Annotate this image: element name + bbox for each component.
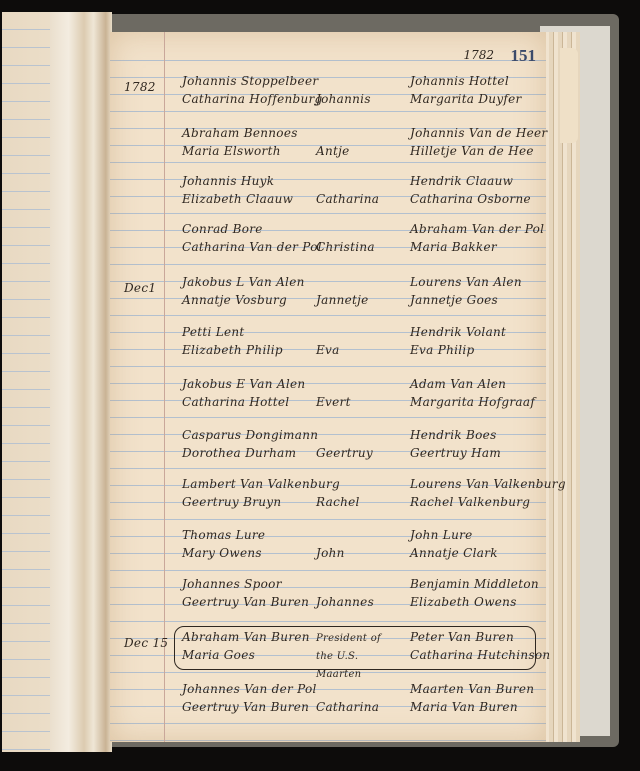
parent-mother: Catharina Hottel xyxy=(182,395,289,409)
sponsor-1: Hendrik Claauw xyxy=(410,174,513,188)
parent-mother: Elizabeth Philip xyxy=(182,343,283,357)
sponsor-1: Adam Van Alen xyxy=(410,377,506,391)
parent-mother: Geertruy Van Buren xyxy=(182,700,309,714)
sponsor-2: Maria Van Buren xyxy=(410,700,518,714)
sponsor-2: Hilletje Van de Hee xyxy=(410,144,534,158)
parent-father: Thomas Lure xyxy=(182,528,265,542)
child-name: Geertruy xyxy=(316,446,373,460)
parent-mother: Maria Elsworth xyxy=(182,144,281,158)
sponsor-2: Geertruy Ham xyxy=(410,446,501,460)
sponsor-1: Hendrik Boes xyxy=(410,428,497,442)
parent-father: Conrad Bore xyxy=(182,222,263,236)
entry-date: Dec1 xyxy=(124,281,156,295)
sponsor-1: Maarten Van Buren xyxy=(410,682,534,696)
child-name: Eva xyxy=(316,343,340,357)
parent-father: Johannis Huyk xyxy=(182,174,274,188)
sponsor-1: John Lure xyxy=(410,528,473,542)
parent-father: Johannes Spoor xyxy=(182,577,282,591)
parent-mother: Mary Owens xyxy=(182,546,262,560)
sponsor-1: Hendrik Volant xyxy=(410,325,506,339)
child-name: John xyxy=(316,546,345,560)
page-tab xyxy=(560,48,578,143)
parent-father: Johannis Stoppelbeer xyxy=(182,74,318,88)
parent-father: Petti Lent xyxy=(182,325,245,339)
sponsor-1: Johannis Van de Heer xyxy=(410,126,547,140)
entry-bracket xyxy=(174,626,536,670)
sponsor-2: Margarita Duyfer xyxy=(410,92,522,106)
parent-mother: Elizabeth Claauw xyxy=(182,192,293,206)
child-name: Antje xyxy=(316,144,350,158)
parent-father: Lambert Van Valkenburg xyxy=(182,477,340,491)
sponsor-2: Maria Bakker xyxy=(410,240,497,254)
sponsor-1: Abraham Van der Pol xyxy=(410,222,544,236)
parent-father: Jakobus L Van Alen xyxy=(182,275,305,289)
parent-mother: Catharina Hoffenburg xyxy=(182,92,323,106)
child-name: Catharina xyxy=(316,700,379,714)
entry-date: Dec 15 xyxy=(124,636,168,650)
sponsor-2: Annatje Clark xyxy=(410,546,498,560)
sponsor-1: Benjamin Middleton xyxy=(410,577,539,591)
sponsor-1: Lourens Van Valkenburg xyxy=(410,477,566,491)
child-name: Johannis xyxy=(316,92,371,106)
sponsor-2: Rachel Valkenburg xyxy=(410,495,530,509)
parent-father: Abraham Bennoes xyxy=(182,126,298,140)
child-name: Jannetje xyxy=(316,293,369,307)
sponsor-2: Catharina Osborne xyxy=(410,192,531,206)
parent-mother: Dorothea Durham xyxy=(182,446,296,460)
parent-father: Jakobus E Van Alen xyxy=(182,377,305,391)
parent-mother: Geertruy Van Buren xyxy=(182,595,309,609)
child-name: Johannes xyxy=(316,595,374,609)
sponsor-2: Margarita Hofgraaf xyxy=(410,395,535,409)
child-name: Christina xyxy=(316,240,375,254)
page-number: 151 xyxy=(511,46,537,66)
parent-father: Casparus Dongimann xyxy=(182,428,318,442)
child-name: Rachel xyxy=(316,495,360,509)
parent-mother: Catharina Van der Pol xyxy=(182,240,322,254)
binding-spine xyxy=(50,12,112,752)
sponsor-1: Lourens Van Alen xyxy=(410,275,522,289)
register-page: 1782 151 1782Johannis StoppelbeerCathari… xyxy=(110,32,546,742)
parent-mother: Geertruy Bruyn xyxy=(182,495,281,509)
parent-mother: Annatje Vosburg xyxy=(182,293,287,307)
entry-date: 1782 xyxy=(124,80,156,94)
sponsor-2: Jannetje Goes xyxy=(410,293,498,307)
sponsor-2: Elizabeth Owens xyxy=(410,595,517,609)
sponsor-1: Johannis Hottel xyxy=(410,74,509,88)
child-name: Evert xyxy=(316,395,351,409)
parent-father: Johannes Van der Pol xyxy=(182,682,317,696)
sponsor-2: Eva Philip xyxy=(410,343,475,357)
page-year: 1782 xyxy=(463,48,494,62)
child-name: Catharina xyxy=(316,192,379,206)
